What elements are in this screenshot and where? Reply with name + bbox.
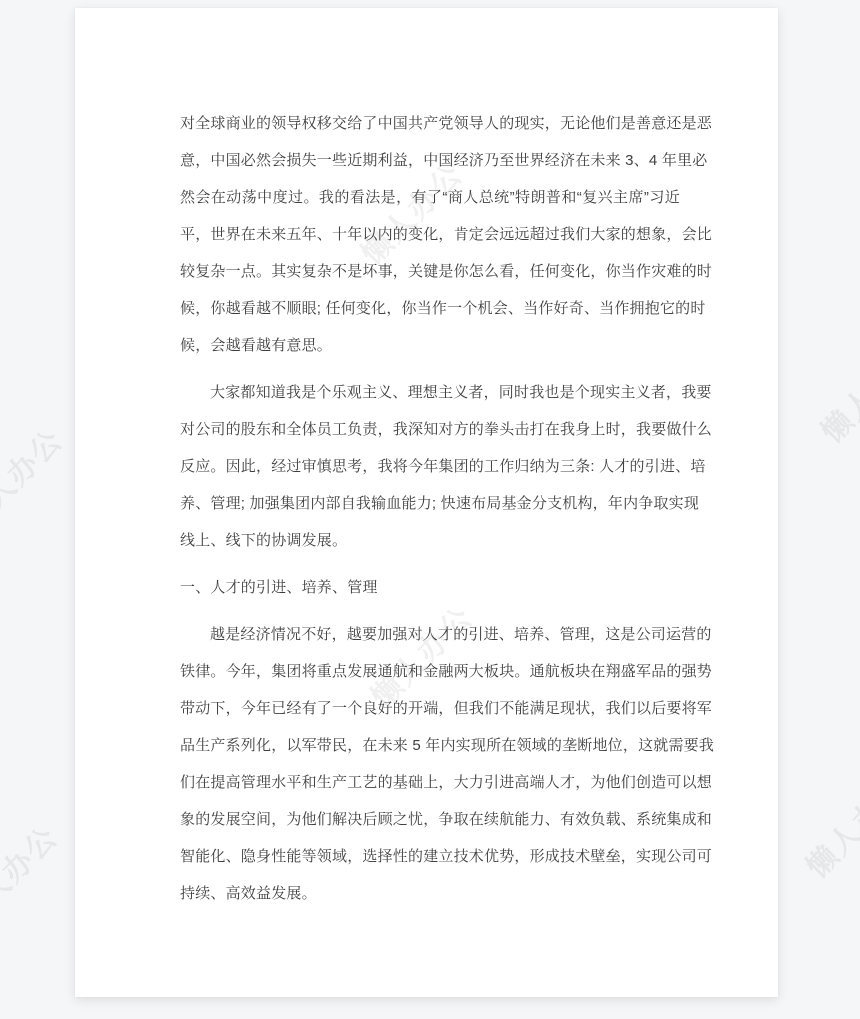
text-line: 养、管理; 加强集团内部自我输血能力; 快速布局基金分支机构，年内争取实现 <box>180 485 680 522</box>
text-line: 对全球商业的领导权移交给了中国共产党领导人的现实，无论他们是善意还是恶 <box>180 105 680 142</box>
document-page: 对全球商业的领导权移交给了中国共产党领导人的现实，无论他们是善意还是恶意，中国必… <box>75 8 778 997</box>
text-line: 一、人才的引进、培养、管理 <box>180 569 680 606</box>
text-line: 对公司的股东和全体员工负责，我深知对方的拳头击打在我身上时，我要做什么 <box>180 411 680 448</box>
paragraph: 对全球商业的领导权移交给了中国共产党领导人的现实，无论他们是善意还是恶意，中国必… <box>180 105 680 364</box>
text-line: 带动下，今年已经有了一个良好的开端，但我们不能满足现状，我们以后要将军 <box>180 690 680 727</box>
text-line: 象的发展空间，为他们解决后顾之忧，争取在续航能力、有效负载、系统集成和 <box>180 801 680 838</box>
text-line: 铁律。今年，集团将重点发展通航和金融两大板块。通航板块在翔盛军品的强势 <box>180 653 680 690</box>
section-heading: 一、人才的引进、培养、管理 <box>180 569 680 606</box>
paragraph: 大家都知道我是个乐观主义、理想主义者，同时我也是个现实主义者，我要对公司的股东和… <box>180 374 680 559</box>
watermark-text: 懒人办公 <box>0 417 71 539</box>
text-line: 大家都知道我是个乐观主义、理想主义者，同时我也是个现实主义者，我要 <box>180 374 680 411</box>
text-line: 较复杂一点。其实复杂不是坏事，关键是你怎么看，任何变化，你当作灾难的时 <box>180 253 680 290</box>
text-line: 持续、高效益发展。 <box>180 875 680 912</box>
text-line: 候，你越看越不顺眼; 任何变化，你当作一个机会、当作好奇、当作拥抱它的时 <box>180 290 680 327</box>
text-line: 平，世界在未来五年、十年以内的变化，肯定会远远超过我们大家的想象，会比 <box>180 216 680 253</box>
text-line: 品生产系列化，以军带民，在未来 5 年内实现所在领域的垄断地位，这就需要我 <box>180 727 680 764</box>
watermark-text: 懒人办公 <box>0 814 66 936</box>
text-line: 越是经济情况不好，越要加强对人才的引进、培养、管理，这是公司运营的 <box>180 616 680 653</box>
text-line: 们在提高管理水平和生产工艺的基础上，大力引进高端人才，为他们创造可以想 <box>180 764 680 801</box>
text-line: 候，会越看越有意思。 <box>180 327 680 364</box>
text-line: 线上、线下的协调发展。 <box>180 522 680 559</box>
text-line: 反应。因此，经过审慎思考，我将今年集团的工作归纳为三条: 人才的引进、培 <box>180 448 680 485</box>
watermark-text: 懒人办公 <box>809 329 860 451</box>
watermark-text: 懒人办公 <box>794 764 860 886</box>
text-line: 意，中国必然会损失一些近期利益，中国经济乃至世界经济在未来 3、4 年里必 <box>180 142 680 179</box>
document-content: 对全球商业的领导权移交给了中国共产党领导人的现实，无论他们是善意还是恶意，中国必… <box>75 8 778 922</box>
paragraph: 越是经济情况不好，越要加强对人才的引进、培养、管理，这是公司运营的铁律。今年，集… <box>180 616 680 912</box>
text-line: 然会在动荡中度过。我的看法是，有了“商人总统”特朗普和“复兴主席”习近 <box>180 179 680 216</box>
text-line: 智能化、隐身性能等领域，选择性的建立技术优势，形成技术壁垒，实现公司可 <box>180 838 680 875</box>
